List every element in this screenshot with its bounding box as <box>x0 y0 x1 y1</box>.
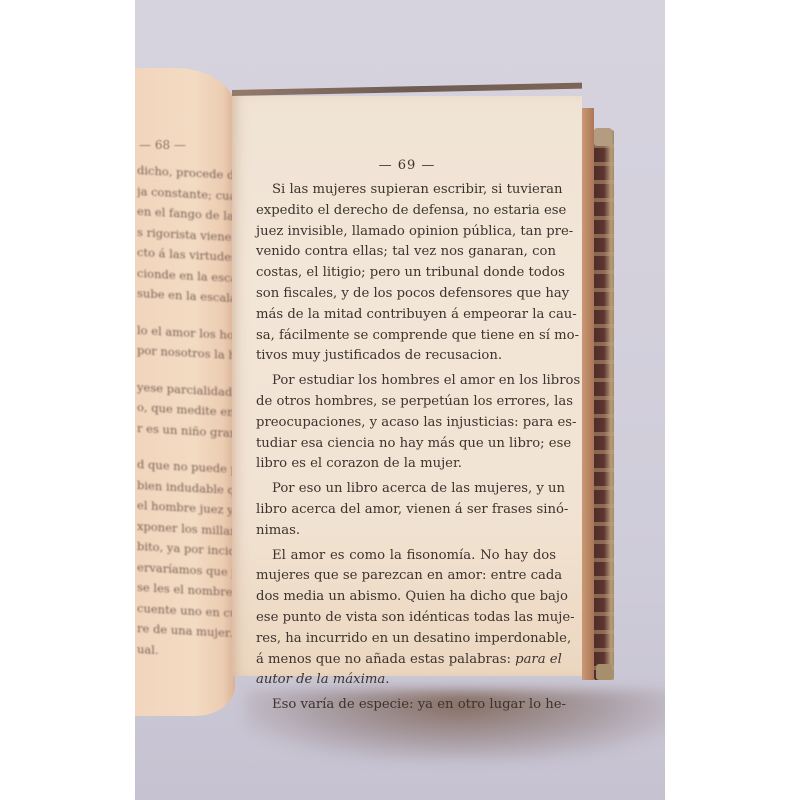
spine-cap-bottom <box>596 664 612 680</box>
text-line: res, ha incurrido en un desatino imperdo… <box>256 629 556 650</box>
text-run: . <box>385 672 389 687</box>
text-line: dos media un abismo. Quien ha dicho que … <box>256 587 556 608</box>
italic-run: autor de la máxima <box>256 672 385 687</box>
text-line-mixed: autor de la máxima. <box>256 670 556 691</box>
text-run: á menos que no añada estas palabras: <box>256 652 515 667</box>
text-line: expedito el derecho de defensa, no estar… <box>256 201 556 222</box>
book-spine <box>594 130 614 680</box>
text-line: de otros hombres, se perpetúan los error… <box>256 392 556 413</box>
spine-cap-top <box>594 128 612 146</box>
text-line: sa, fácilmente se comprende que tiene en… <box>256 326 556 347</box>
text-line: Si las mujeres supieran escribir, si tuv… <box>256 180 556 201</box>
left-page-number: — 68 — <box>139 138 186 152</box>
text-line: ese punto de vista son idénticas todas l… <box>256 608 556 629</box>
left-page-text: dicho, procede de su m ja constante; cua… <box>137 160 233 664</box>
right-page-number: — 69 — <box>232 158 582 173</box>
text-line: libro acerca del amor, vienen á ser fras… <box>256 500 556 521</box>
italic-run: para el <box>515 652 562 667</box>
text-line: libro es el corazon de la mujer. <box>256 454 556 475</box>
text-line: son fiscales, y de los pocos defensores … <box>256 284 556 305</box>
paragraph-5: Eso varía de especie: ya en otro lugar l… <box>256 695 556 716</box>
text-line: costas, el litigio; pero un tribunal don… <box>256 263 556 284</box>
paragraph-3: Por eso un libro acerca de las mujeres, … <box>256 479 556 541</box>
page-block-edge <box>582 108 594 680</box>
text-line: Por eso un libro acerca de las mujeres, … <box>256 479 556 500</box>
book-photograph: — 68 — dicho, procede de su m ja constan… <box>135 0 665 800</box>
text-line: venido contra ellas; tal vez nos ganaran… <box>256 242 556 263</box>
text-line: Por estudiar los hombres el amor en los … <box>256 371 556 392</box>
text-line: tudiar esa ciencia no hay más que un lib… <box>256 434 556 455</box>
text-line: Eso varía de especie: ya en otro lugar l… <box>256 695 556 716</box>
paragraph-2: Por estudiar los hombres el amor en los … <box>256 371 556 475</box>
text-line-mixed: á menos que no añada estas palabras: par… <box>256 650 556 671</box>
page-top-edge <box>232 83 582 96</box>
right-page-text: Si las mujeres supieran escribir, si tuv… <box>256 180 556 720</box>
text-line: mujeres que se parezcan en amor: entre c… <box>256 566 556 587</box>
text-line: tivos muy justificados de recusacion. <box>256 346 556 367</box>
left-page: — 68 — dicho, procede de su m ja constan… <box>135 68 235 716</box>
right-page: — 69 — Si las mujeres supieran escribir,… <box>232 96 582 676</box>
paragraph-4: El amor es como la fisonomía. No hay dos… <box>256 546 556 692</box>
text-line: más de la mitad contribuyen á empeorar l… <box>256 305 556 326</box>
text-line: nimas. <box>256 521 556 542</box>
text-line: juez invisible, llamado opinion pública,… <box>256 222 556 243</box>
text-line: preocupaciones, y acaso las injusticias:… <box>256 413 556 434</box>
text-line: El amor es como la fisonomía. No hay dos <box>256 546 556 567</box>
paragraph-1: Si las mujeres supieran escribir, si tuv… <box>256 180 556 367</box>
